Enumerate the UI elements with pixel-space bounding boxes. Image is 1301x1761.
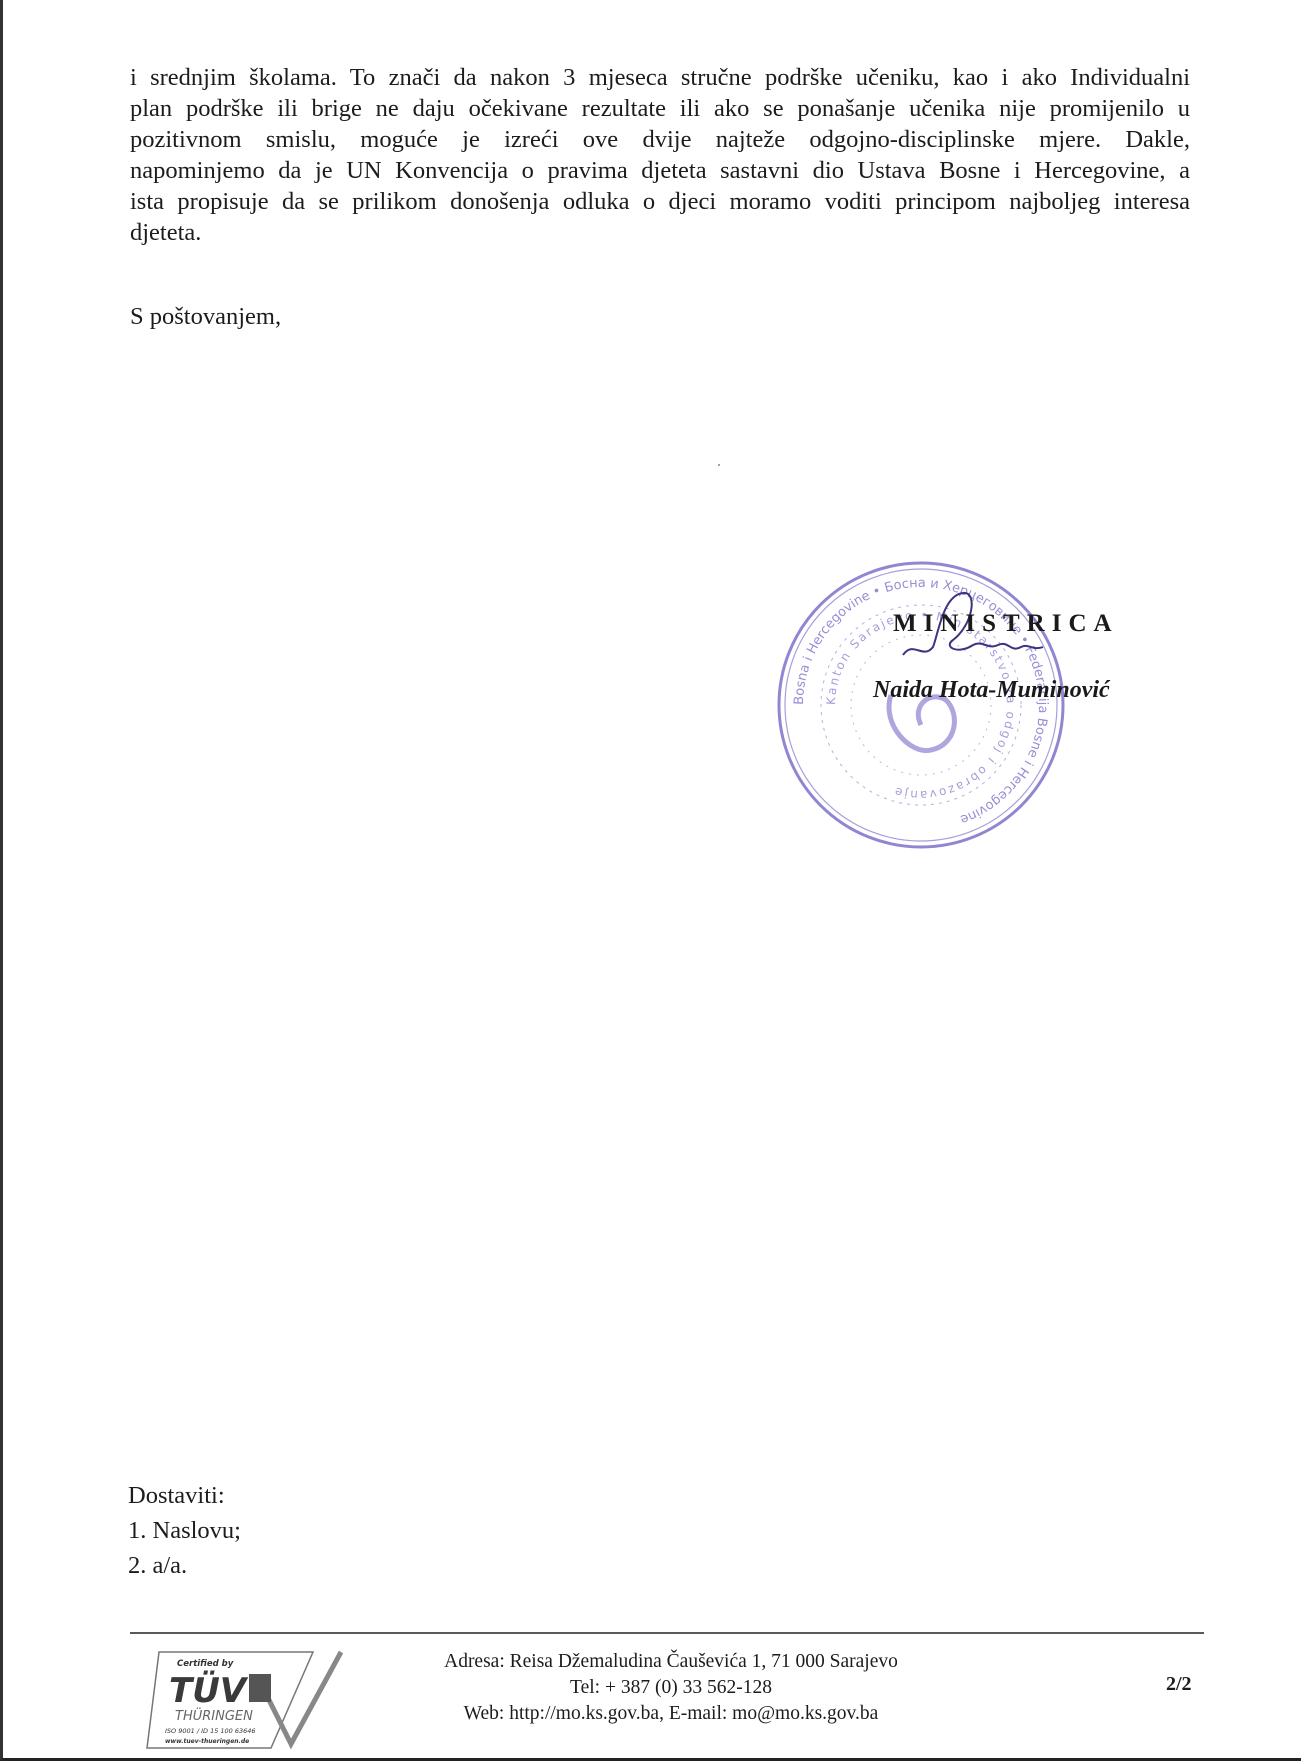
distribution-list: Dostaviti: 1. Naslovu; 2. a/a. [128,1478,241,1583]
tuv-certification-logo-icon: Certified by TÜV THÜRINGEN ISO 9001 / ID… [141,1644,351,1750]
page-number: 2/2 [1166,1673,1192,1696]
footer-contact: Adresa: Reisa Džemaludina Čauševića 1, 7… [401,1649,941,1727]
footer-tel: Tel: + 387 (0) 33 562-128 [401,1675,941,1701]
distribution-item: 2. a/a. [128,1548,241,1583]
signatory-title: MINISTRICA [893,610,1119,638]
document-page: i srednjim školama. To znači da nakon 3 … [0,0,1301,1761]
body-line: napominjemo da je UN Konvencija o pravim… [130,155,1190,186]
body-line: plan podrške ili brige ne daju očekivane… [130,93,1190,124]
tuv-certified-by: Certified by [177,1659,234,1669]
tuv-region: THÜRINGEN [175,1707,253,1724]
footer-divider [130,1632,1204,1634]
body-line: pozitivnom smislu, moguće je izreći ove … [130,124,1190,155]
distribution-item: 1. Naslovu; [128,1513,241,1548]
tuv-iso: ISO 9001 / ID 15 100 63646 [165,1727,256,1735]
footer-address: Adresa: Reisa Džemaludina Čauševića 1, 7… [401,1649,941,1675]
closing-salutation: S poštovanjem, [130,303,281,331]
body-line: ista propisuje da se prilikom donošenja … [130,186,1190,217]
scan-speck [718,464,720,466]
body-line: i srednjim školama. To znači da nakon 3 … [130,62,1190,93]
signatory-name: Naida Hota-Muminović [873,677,1110,704]
tuv-url: www.tuev-thueringen.de [165,1738,249,1745]
body-paragraph: i srednjim školama. To znači da nakon 3 … [130,62,1190,248]
distribution-heading: Dostaviti: [128,1478,241,1513]
tuv-brand: TÜV [169,1670,249,1711]
body-line: djeteta. [130,217,1190,248]
footer-web: Web: http://mo.ks.gov.ba, E-mail: mo@mo.… [401,1701,941,1727]
